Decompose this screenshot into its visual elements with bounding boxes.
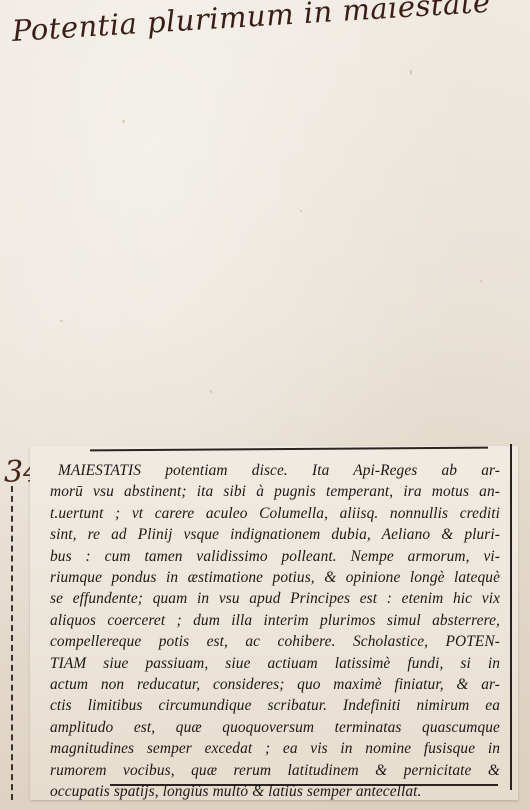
text-line: rumorem vocibus, quæ rerum latitudinem &… bbox=[50, 760, 500, 781]
paper-speck bbox=[210, 390, 212, 393]
text-line: TIAM siue passiuam, siue actiuam latissi… bbox=[50, 653, 500, 674]
text-line: magnitudines semper excedat ; ea vis in … bbox=[50, 738, 500, 759]
clipping-left-dashed-rule bbox=[11, 486, 13, 800]
paper-speck bbox=[122, 120, 125, 123]
text-line: t.uertunt ; vt carere aculeo Columella, … bbox=[50, 503, 500, 524]
paper-speck bbox=[60, 320, 63, 322]
handwritten-title: Potentia plurimum in maiestate bbox=[11, 0, 491, 48]
text-line: bus : cum tamen validissimo polleant. Ne… bbox=[50, 546, 500, 567]
text-line: sint, re ad Plinij vsque indignationem d… bbox=[50, 524, 500, 545]
text-line: morū vsu abstinent; ita sibi à pugnis te… bbox=[50, 481, 500, 502]
document-page: Potentia plurimum in maiestate 34 MAIEST… bbox=[0, 0, 530, 810]
text-line: ctis limitibus circumundique scribatur. … bbox=[50, 695, 500, 716]
text-line: riumque pondus in æstimatione potius, & … bbox=[50, 567, 500, 588]
text-line: amplitudo est, quæ quoquoversum terminat… bbox=[50, 717, 500, 738]
clipping-right-rule bbox=[510, 444, 512, 790]
pasted-printed-clipping: MAIESTATIS potentiam disce. Ita Api-Rege… bbox=[30, 446, 518, 800]
paper-speck bbox=[300, 210, 302, 212]
clipping-text-block: MAIESTATIS potentiam disce. Ita Api-Rege… bbox=[50, 460, 500, 803]
text-line: occupatis spatijs, longiùs multò & latiù… bbox=[50, 781, 500, 802]
clipping-top-rule bbox=[90, 447, 488, 452]
text-line: aliquos coerceret ; dum illa interim plu… bbox=[50, 610, 500, 631]
text-line: MAIESTATIS potentiam disce. Ita Api-Rege… bbox=[50, 460, 500, 481]
paper-speck bbox=[480, 280, 482, 282]
text-line: se effundente; quam in vsu apud Principe… bbox=[50, 588, 500, 609]
paper-speck bbox=[410, 70, 412, 75]
text-line: actum non reducatur, consideres; quo max… bbox=[50, 674, 500, 695]
text-line: compellereque potis est, ac cohibere. Sc… bbox=[50, 631, 500, 652]
